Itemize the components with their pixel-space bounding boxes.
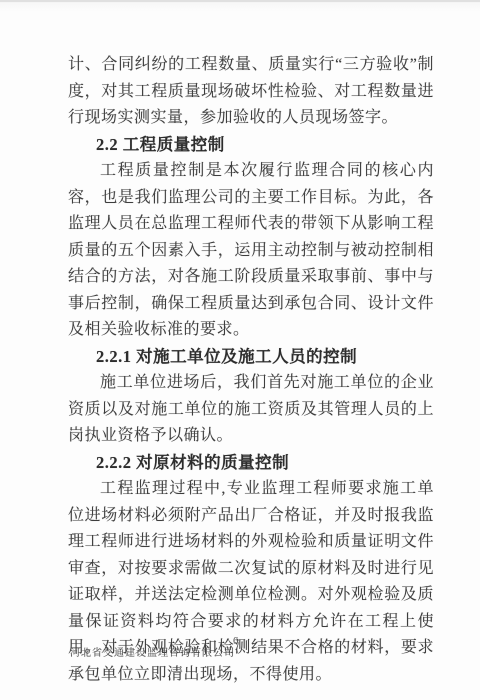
heading-section-2-2-1: 2.2.1 对施工单位及施工人员的控制	[68, 344, 434, 371]
paragraph-section-2-2: 工程质量控制是本次履行监理合同的核心内容，也是我们监理公司的主要工作目标。为此，…	[68, 158, 434, 344]
heading-section-2-2: 2.2 工程质量控制	[68, 132, 434, 159]
paragraph-section-2-2-1: 施工单位进场后，我们首先对施工单位的企业资质以及对施工单位的施工资质及其管理人员…	[68, 370, 434, 450]
scan-top-edge	[0, 0, 480, 2]
scanned-document-page: 计、合同纠纷的工程数量、质量实行“三方验收”制度，对其工程质量现场破坏性检验、对…	[0, 0, 480, 700]
document-text-body: 计、合同纠纷的工程数量、质量实行“三方验收”制度，对其工程质量现场破坏性检验、对…	[68, 52, 434, 688]
heading-section-2-2-2: 2.2.2 对原材料的质量控制	[68, 450, 434, 477]
footer-company-name: 河北省交通建设监理咨询有限公司	[70, 644, 235, 659]
paragraph-continuation: 计、合同纠纷的工程数量、质量实行“三方验收”制度，对其工程质量现场破坏性检验、对…	[68, 52, 434, 132]
